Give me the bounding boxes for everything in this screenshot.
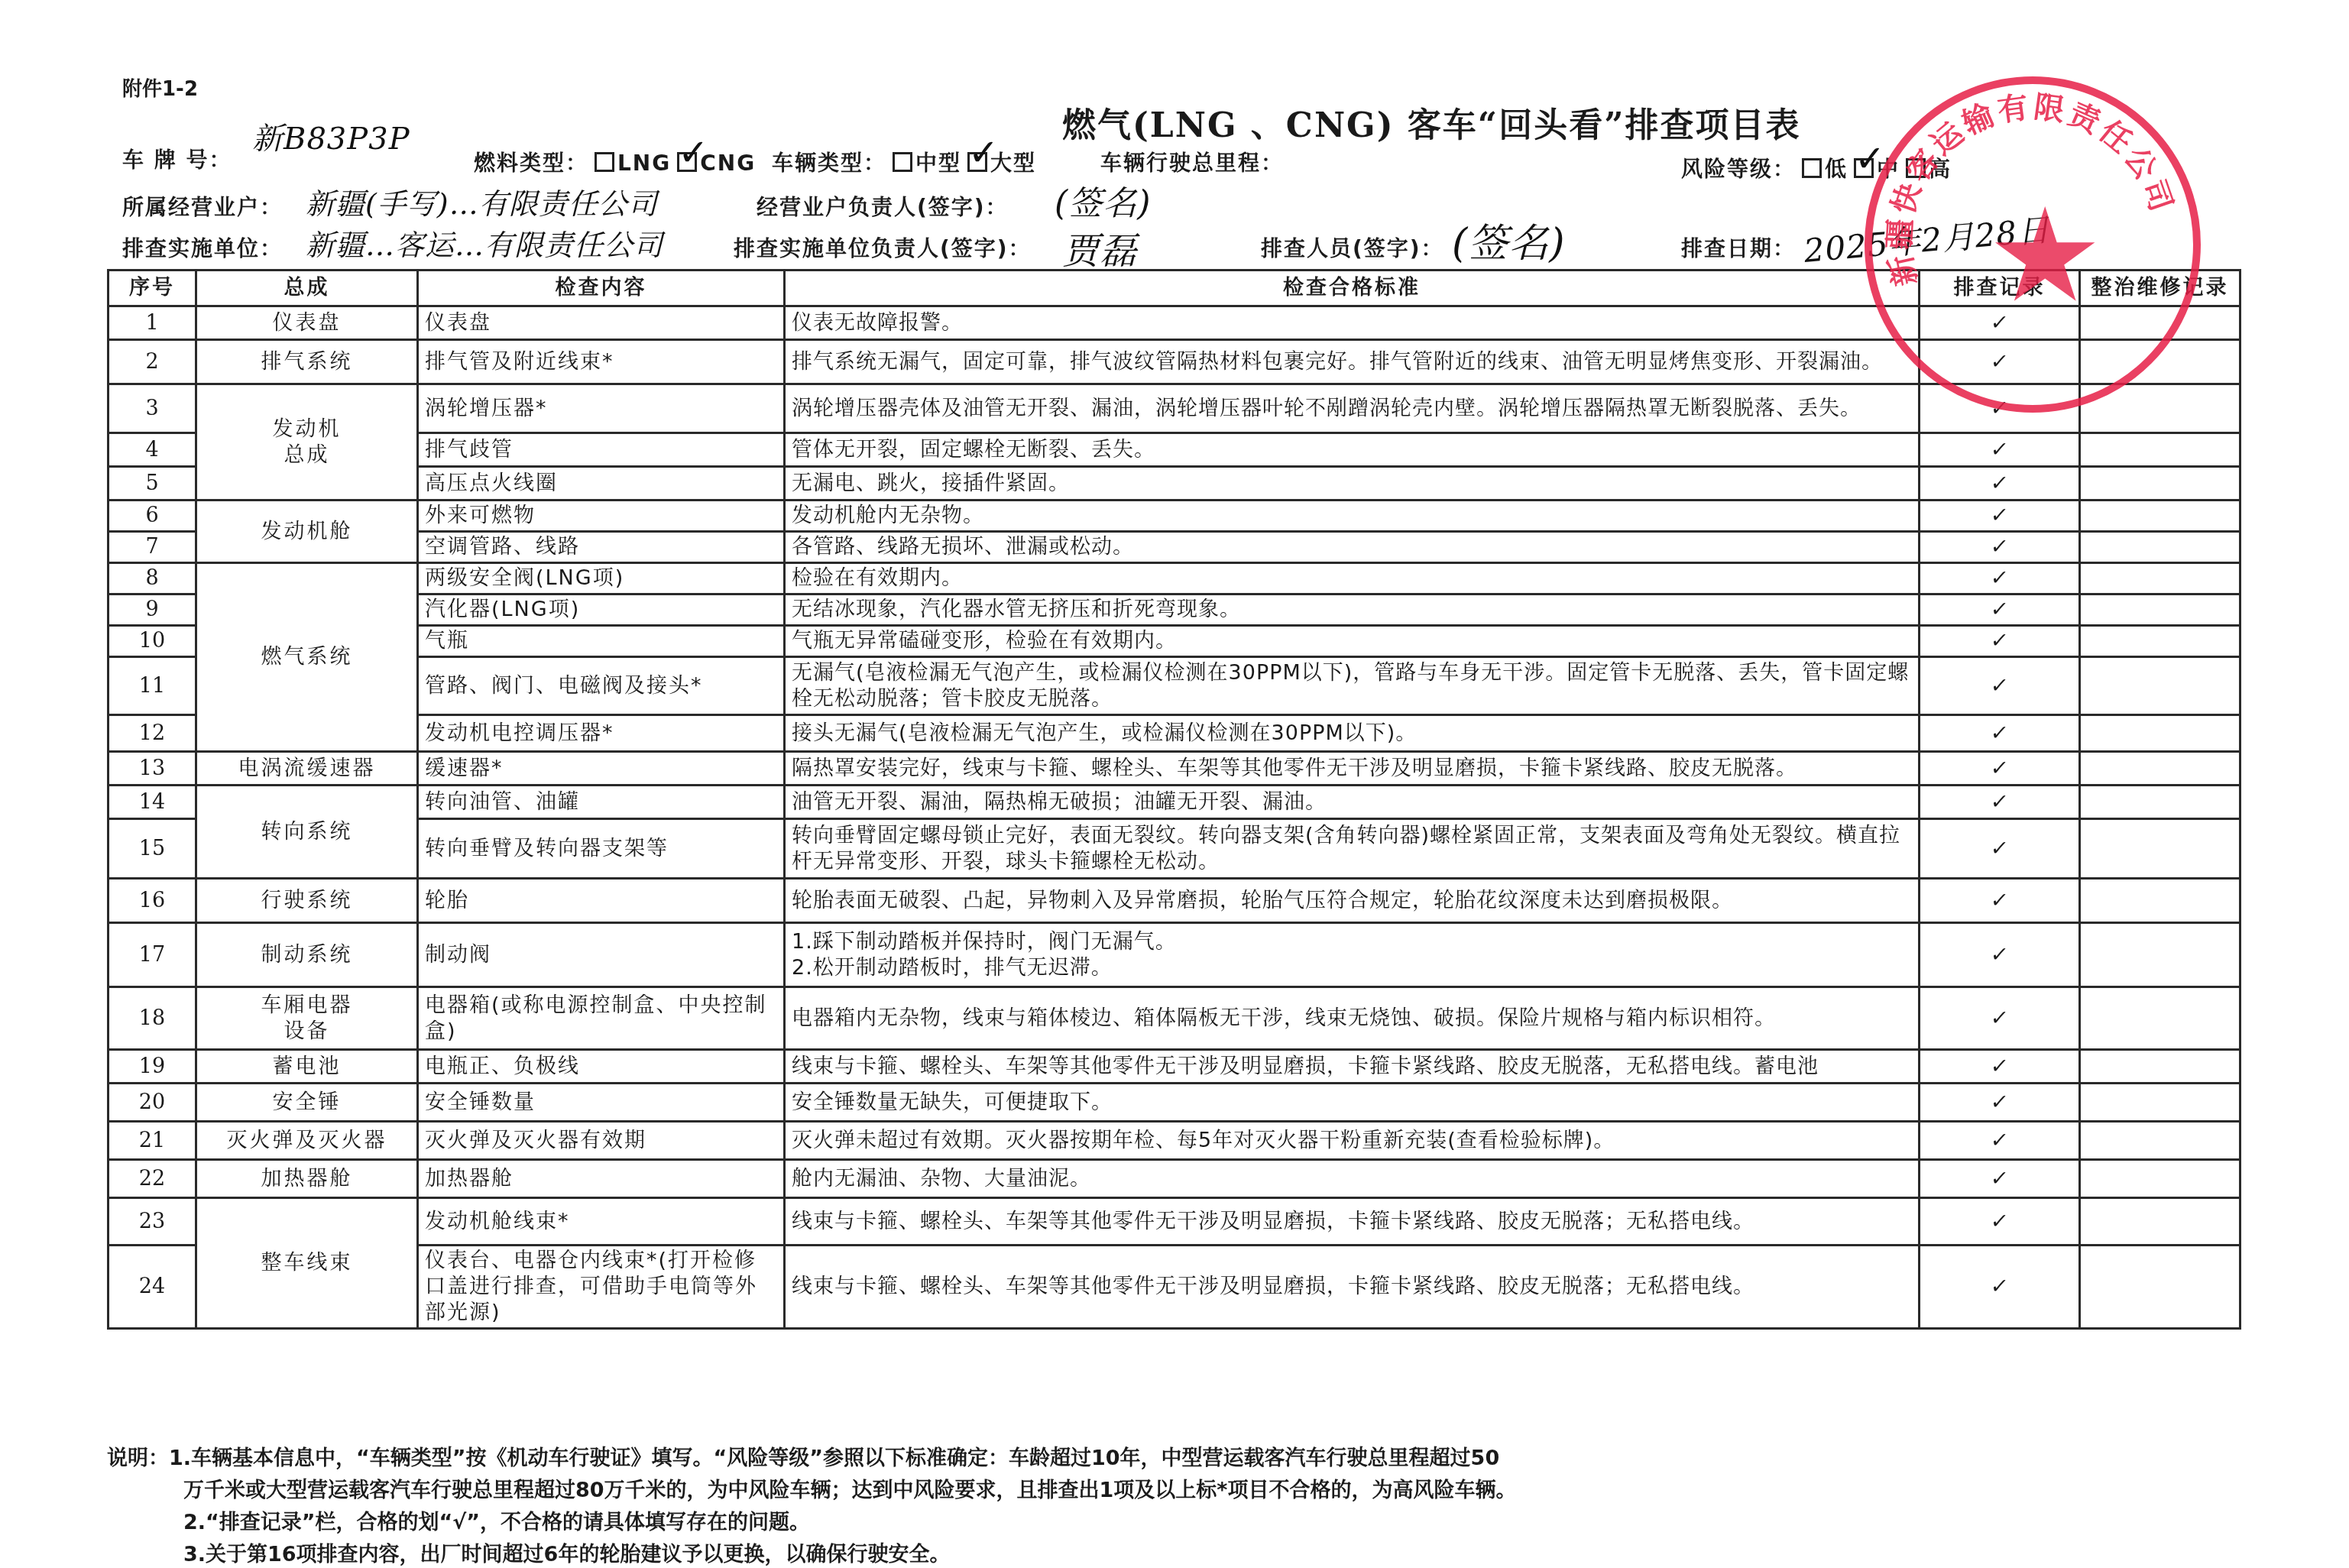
table-row: 12发动机电控调压器*接头无漏气(皂液检漏无气泡产生，或检漏仪检测在30PPM以… (109, 715, 2240, 752)
check-item-cell: 发动机电控调压器* (418, 715, 785, 752)
check-item-cell: 涡轮增压器* (418, 384, 785, 433)
record-cell[interactable]: ✓ (1920, 563, 2080, 594)
table-row: 5高压点火线圈无漏电、跳火，接插件紧固。✓ (109, 467, 2240, 501)
record-cell[interactable]: ✓ (1920, 819, 2080, 879)
notes-section: 说明：1.车辆基本信息中，“车辆类型”按《机动车行驶证》填写。“风险等级”参照以… (107, 1443, 1865, 1568)
row-number: 3 (109, 384, 196, 433)
repair-record-cell[interactable] (2080, 752, 2240, 786)
standard-cell: 排气系统无漏气，固定可靠，排气波纹管隔热材料包裹完好。排气管附近的线束、油管无明… (785, 340, 1920, 384)
checkmark-icon: ✓ (1989, 1006, 2010, 1032)
table-row: 23整车线束发动机舱线束*线束与卡箍、螺栓头、车架等其他零件无干涉及明显磨损，卡… (109, 1198, 2240, 1246)
standard-cell: 检验在有效期内。 (785, 563, 1920, 594)
record-cell[interactable]: ✓ (1920, 1084, 2080, 1122)
row-number: 13 (109, 752, 196, 786)
table-row: 17制动系统制动阀1.踩下制动踏板并保持时，阀门无漏气。 2.松开制动踏板时，排… (109, 923, 2240, 987)
note-1-cont: 万千米或大型营运载客汽车行驶总里程超过80万千米的，为中风险车辆；达到中风险要求… (107, 1475, 1865, 1507)
check-item-cell: 外来可燃物 (418, 501, 785, 532)
checkmark-icon: ✓ (1989, 310, 2010, 336)
operator-field[interactable]: 新疆(手写)…有限责任公司 (306, 180, 658, 222)
table-row: 11管路、阀门、电磁阀及接头*无漏气(皂液检漏无气泡产生，或检漏仪检测在30PP… (109, 657, 2240, 715)
row-number: 2 (109, 340, 196, 384)
col-header-no: 序号 (109, 271, 196, 306)
table-row: 9汽化器(LNG项)无结冰现象，汽化器水管无挤压和折死弯现象。✓ (109, 594, 2240, 626)
note-3: 3.关于第16项排查内容，出厂时间超过6年的轮胎建议予以更换，以确保行驶安全。 (107, 1539, 1865, 1568)
check-item-cell: 仪表台、电器仓内线束*(打开检修口盖进行排查，可借助手电筒等外部光源) (418, 1246, 785, 1329)
assembly-cell: 燃气系统 (196, 563, 418, 752)
standard-cell: 舱内无漏油、杂物、大量油泥。 (785, 1160, 1920, 1198)
record-cell[interactable]: ✓ (1920, 384, 2080, 433)
table-row: 19蓄电池电瓶正、负极线线束与卡箍、螺栓头、车架等其他零件无干涉及明显磨损，卡箍… (109, 1050, 2240, 1084)
table-row: 24仪表台、电器仓内线束*(打开检修口盖进行排查，可借助手电筒等外部光源)线束与… (109, 1246, 2240, 1329)
repair-record-cell[interactable] (2080, 384, 2240, 433)
standard-cell: 管体无开裂，固定螺栓无断裂、丢失。 (785, 433, 1920, 467)
attachment-label: 附件1-2 (122, 73, 198, 102)
repair-record-cell[interactable] (2080, 1084, 2240, 1122)
unit-label: 排查实施单位： (122, 232, 283, 263)
record-cell[interactable]: ✓ (1920, 1198, 2080, 1246)
record-cell[interactable]: ✓ (1920, 594, 2080, 626)
row-number: 17 (109, 923, 196, 987)
table-row: 8燃气系统两级安全阀(LNG项)检验在有效期内。✓ (109, 563, 2240, 594)
repair-record-cell[interactable] (2080, 340, 2240, 384)
assembly-cell: 灭火弹及灭火器 (196, 1122, 418, 1160)
risk-high-option: 高 (1929, 157, 1952, 182)
checkmark-icon: ✓ (1989, 1274, 2010, 1300)
table-row: 18车厢电器 设备电器箱(或称电源控制盒、中央控制盒)电器箱内无杂物，线束与箱体… (109, 987, 2240, 1050)
check-item-cell: 制动阀 (418, 923, 785, 987)
table-row: 14转向系统转向油管、油罐油管无开裂、漏油，隔热棉无破损；油罐无开裂、漏油。✓ (109, 786, 2240, 819)
check-item-cell: 排气管及附近线束* (418, 340, 785, 384)
assembly-cell: 排气系统 (196, 340, 418, 384)
checkmark-icon: ✓ (1989, 503, 2010, 529)
assembly-cell: 电涡流缓速器 (196, 752, 418, 786)
checkmark-icon: ✓ (1989, 1209, 2010, 1235)
check-item-cell: 汽化器(LNG项) (418, 594, 785, 626)
assembly-cell: 加热器舱 (196, 1160, 418, 1198)
repair-record-cell[interactable] (2080, 786, 2240, 819)
row-number: 4 (109, 433, 196, 467)
check-item-cell: 仪表盘 (418, 306, 785, 340)
checkmark-icon: ✓ (1989, 471, 2010, 497)
repair-record-cell[interactable] (2080, 1160, 2240, 1198)
checkmark-icon: ✓ (1989, 1054, 2010, 1080)
check-item-cell: 转向油管、油罐 (418, 786, 785, 819)
repair-record-cell[interactable] (2080, 1050, 2240, 1084)
record-cell[interactable]: ✓ (1920, 532, 2080, 563)
standard-cell: 无漏电、跳火，接插件紧固。 (785, 467, 1920, 501)
standard-cell: 仪表无故障报警。 (785, 306, 1920, 340)
col-header-standard: 检查合格标准 (785, 271, 1920, 306)
table-row: 16行驶系统轮胎轮胎表面无破裂、凸起，异物刺入及异常磨损，轮胎气压符合规定，轮胎… (109, 879, 2240, 923)
checkmark-icon: ✓ (1989, 942, 2010, 968)
assembly-cell: 转向系统 (196, 786, 418, 879)
type-large-checkbox[interactable] (967, 152, 987, 172)
repair-record-cell[interactable] (2080, 433, 2240, 467)
type-medium-checkbox[interactable] (893, 152, 912, 172)
repair-record-cell[interactable] (2080, 657, 2240, 715)
standard-cell: 转向垂臂固定螺母锁止完好，表面无裂纹。转向器支架(含角转向器)螺栓紧固正常，支架… (785, 819, 1920, 879)
row-number: 15 (109, 819, 196, 879)
repair-record-cell[interactable] (2080, 879, 2240, 923)
unit-head-signature[interactable]: 贾磊 (1062, 222, 1137, 274)
row-number: 14 (109, 786, 196, 819)
table-row: 22加热器舱加热器舱舱内无漏油、杂物、大量油泥。✓ (109, 1160, 2240, 1198)
table-row: 6发动机舱外来可燃物发动机舱内无杂物。✓ (109, 501, 2240, 532)
table-row: 20安全锤安全锤数量安全锤数量无缺失，可便捷取下。✓ (109, 1084, 2240, 1122)
record-cell[interactable]: ✓ (1920, 340, 2080, 384)
risk-low-option: 低 (1825, 157, 1848, 182)
record-cell[interactable]: ✓ (1920, 1050, 2080, 1084)
unit-head-label: 排查实施单位负责人(签字)： (734, 232, 1032, 263)
record-cell[interactable]: ✓ (1920, 626, 2080, 657)
record-cell[interactable]: ✓ (1920, 987, 2080, 1050)
repair-record-cell[interactable] (2080, 1246, 2240, 1329)
fuel-cng-checkbox[interactable] (677, 152, 697, 172)
checkmark-icon: ✓ (1989, 721, 2010, 747)
repair-record-cell[interactable] (2080, 532, 2240, 563)
fuel-lng-checkbox[interactable] (595, 152, 614, 172)
check-item-cell: 电器箱(或称电源控制盒、中央控制盒) (418, 987, 785, 1050)
table-row: 1仪表盘仪表盘仪表无故障报警。✓ (109, 306, 2240, 340)
col-header-item: 检查内容 (418, 271, 785, 306)
page-title: 燃气(LNG 、CNG) 客车“回头看”排查项目表 (1062, 98, 1800, 147)
checkmark-icon: ✓ (1989, 349, 2010, 375)
standard-cell: 线束与卡箍、螺栓头、车架等其他零件无干涉及明显磨损，卡箍卡紧线路、胶皮无脱落，无… (785, 1050, 1920, 1084)
repair-record-cell[interactable] (2080, 987, 2240, 1050)
vehicle-type-field: 车辆类型：中型大型 (772, 147, 1036, 177)
record-cell[interactable]: ✓ (1920, 467, 2080, 501)
record-cell[interactable]: ✓ (1920, 306, 2080, 340)
row-number: 11 (109, 657, 196, 715)
assembly-cell: 制动系统 (196, 923, 418, 987)
standard-cell: 发动机舱内无杂物。 (785, 501, 1920, 532)
check-item-cell: 空调管路、线路 (418, 532, 785, 563)
repair-record-cell[interactable] (2080, 501, 2240, 532)
standard-cell: 隔热罩安装完好，线束与卡箍、螺栓头、车架等其他零件无干涉及明显磨损，卡箍卡紧线路… (785, 752, 1920, 786)
date-field[interactable]: 2025年2月28日 (1802, 205, 2052, 272)
row-number: 9 (109, 594, 196, 626)
risk-high-checkbox[interactable] (1906, 158, 1926, 178)
plate-label: 车 牌 号： (122, 144, 232, 174)
record-cell[interactable]: ✓ (1920, 715, 2080, 752)
inspector-signature[interactable]: (签名) (1452, 211, 1566, 268)
standard-cell: 油管无开裂、漏油，隔热棉无破损；油罐无开裂、漏油。 (785, 786, 1920, 819)
checkmark-icon: ✓ (1989, 628, 2010, 654)
repair-record-cell[interactable] (2080, 467, 2240, 501)
row-number: 24 (109, 1246, 196, 1329)
check-item-cell: 管路、阀门、电磁阀及接头* (418, 657, 785, 715)
checkmark-icon: ✓ (1989, 1090, 2010, 1116)
fuel-type-field: 燃料类型：LNGCNG (474, 147, 756, 177)
check-item-cell: 高压点火线圈 (418, 467, 785, 501)
record-cell[interactable]: ✓ (1920, 786, 2080, 819)
risk-medium-checkbox[interactable] (1854, 158, 1874, 178)
assembly-cell: 仪表盘 (196, 306, 418, 340)
standard-cell: 灭火弹未超过有效期。灭火器按期年检、每5年对灭火器干粉重新充装(查看检验标牌)。 (785, 1122, 1920, 1160)
repair-record-cell[interactable] (2080, 306, 2240, 340)
checkmark-icon: ✓ (1989, 534, 2010, 560)
checkmark-icon: ✓ (1989, 836, 2010, 862)
vehicle-type-label: 车辆类型： (772, 151, 886, 176)
fuel-type-label: 燃料类型： (474, 151, 588, 176)
repair-record-cell[interactable] (2080, 626, 2240, 657)
inspector-label: 排查人员(签字)： (1261, 232, 1444, 263)
check-item-cell: 缓速器* (418, 752, 785, 786)
record-cell[interactable]: ✓ (1920, 879, 2080, 923)
repair-record-cell[interactable] (2080, 715, 2240, 752)
standard-cell: 安全锤数量无缺失，可便捷取下。 (785, 1084, 1920, 1122)
check-item-cell: 加热器舱 (418, 1160, 785, 1198)
checkmark-icon: ✓ (1989, 597, 2010, 623)
note-1: 1.车辆基本信息中，“车辆类型”按《机动车行驶证》填写。“风险等级”参照以下标准… (169, 1447, 1499, 1470)
check-item-cell: 电瓶正、负极线 (418, 1050, 785, 1084)
standard-cell: 轮胎表面无破裂、凸起，异物刺入及异常磨损，轮胎气压符合规定，轮胎花纹深度未达到磨… (785, 879, 1920, 923)
row-number: 6 (109, 501, 196, 532)
checkmark-icon: ✓ (1989, 756, 2010, 782)
row-number: 12 (109, 715, 196, 752)
record-cell[interactable]: ✓ (1920, 433, 2080, 467)
type-medium-option: 中型 (915, 151, 961, 176)
repair-record-cell[interactable] (2080, 819, 2240, 879)
date-label: 排查日期： (1681, 232, 1796, 263)
check-item-cell: 转向垂臂及转向器支架等 (418, 819, 785, 879)
repair-record-cell[interactable] (2080, 563, 2240, 594)
note-2: 2.“排查记录”栏，合格的划“√”，不合格的请具体填写存在的问题。 (107, 1507, 1865, 1539)
row-number: 16 (109, 879, 196, 923)
standard-cell: 电器箱内无杂物，线束与箱体棱边、箱体隔板无干涉，线束无烧蚀、破损。保险片规格与箱… (785, 987, 1920, 1050)
repair-record-cell[interactable] (2080, 1122, 2240, 1160)
table-row: 21灭火弹及灭火器灭火弹及灭火器有效期灭火弹未超过有效期。灭火器按期年检、每5年… (109, 1122, 2240, 1160)
notes-prefix: 说明： (107, 1447, 169, 1470)
checkmark-icon: ✓ (1989, 565, 2010, 591)
row-number: 20 (109, 1084, 196, 1122)
standard-cell: 接头无漏气(皂液检漏无气泡产生，或检漏仪检测在30PPM以下)。 (785, 715, 1920, 752)
checkmark-icon: ✓ (1989, 1166, 2010, 1192)
check-item-cell: 灭火弹及灭火器有效期 (418, 1122, 785, 1160)
assembly-cell: 发动机舱 (196, 501, 418, 563)
standard-cell: 无结冰现象，汽化器水管无挤压和折死弯现象。 (785, 594, 1920, 626)
table-header-row: 序号 总成 检查内容 检查合格标准 排查记录 整治维修记录 (109, 271, 2240, 306)
checkmark-icon: ✓ (1989, 673, 2010, 699)
risk-low-checkbox[interactable] (1802, 158, 1822, 178)
table-row: 3发动机 总成涡轮增压器*涡轮增压器壳体及油管无开裂、漏油，涡轮增压器叶轮不剐蹭… (109, 384, 2240, 433)
row-number: 7 (109, 532, 196, 563)
table-row: 2排气系统排气管及附近线束*排气系统无漏气，固定可靠，排气波纹管隔热材料包裹完好… (109, 340, 2240, 384)
assembly-cell: 发动机 总成 (196, 384, 418, 501)
repair-record-cell[interactable] (2080, 1198, 2240, 1246)
standard-cell: 1.踩下制动踏板并保持时，阀门无漏气。 2.松开制动踏板时，排气无迟滞。 (785, 923, 1920, 987)
table-row: 4排气歧管管体无开裂，固定螺栓无断裂、丢失。✓ (109, 433, 2240, 467)
inspection-table: 序号 总成 检查内容 检查合格标准 排查记录 整治维修记录 1仪表盘仪表盘仪表无… (107, 269, 2241, 1330)
checkmark-icon: ✓ (1989, 437, 2010, 463)
checkmark-icon: ✓ (1989, 1128, 2010, 1154)
table-row: 7空调管路、线路各管路、线路无损坏、泄漏或松动。✓ (109, 532, 2240, 563)
table-row: 15转向垂臂及转向器支架等转向垂臂固定螺母锁止完好，表面无裂纹。转向器支架(含角… (109, 819, 2240, 879)
risk-level-label: 风险等级： (1681, 157, 1796, 182)
record-cell[interactable]: ✓ (1920, 923, 2080, 987)
operator-head-signature[interactable]: (签名) (1055, 176, 1151, 225)
fuel-lng-option: LNG (617, 151, 671, 176)
check-item-cell: 安全锤数量 (418, 1084, 785, 1122)
standard-cell: 线束与卡箍、螺栓头、车架等其他零件无干涉及明显磨损，卡箍卡紧线路、胶皮无脱落；无… (785, 1246, 1920, 1329)
check-item-cell: 轮胎 (418, 879, 785, 923)
checkmark-icon: ✓ (1989, 396, 2010, 422)
row-number: 21 (109, 1122, 196, 1160)
record-cell[interactable]: ✓ (1920, 1122, 2080, 1160)
standard-cell: 各管路、线路无损坏、泄漏或松动。 (785, 532, 1920, 563)
assembly-cell: 整车线束 (196, 1198, 418, 1329)
operator-head-label: 经营业户负责人(签字)： (757, 191, 1009, 222)
row-number: 5 (109, 467, 196, 501)
row-number: 22 (109, 1160, 196, 1198)
standard-cell: 气瓶无异常磕碰变形，检验在有效期内。 (785, 626, 1920, 657)
row-number: 1 (109, 306, 196, 340)
col-header-record: 排查记录 (1920, 271, 2080, 306)
row-number: 10 (109, 626, 196, 657)
row-number: 8 (109, 563, 196, 594)
assembly-cell: 车厢电器 设备 (196, 987, 418, 1050)
repair-record-cell[interactable] (2080, 594, 2240, 626)
row-number: 18 (109, 987, 196, 1050)
check-item-cell: 发动机舱线束* (418, 1198, 785, 1246)
check-item-cell: 两级安全阀(LNG项) (418, 563, 785, 594)
operator-label: 所属经营业户： (122, 191, 283, 222)
col-header-assembly: 总成 (196, 271, 418, 306)
standard-cell: 无漏气(皂液检漏无气泡产生，或检漏仪检测在30PPM以下)，管路与车身无干涉。固… (785, 657, 1920, 715)
record-cell[interactable]: ✓ (1920, 752, 2080, 786)
table-row: 13电涡流缓速器缓速器*隔热罩安装完好，线束与卡箍、螺栓头、车架等其他零件无干涉… (109, 752, 2240, 786)
mileage-field[interactable] (1314, 147, 1635, 173)
assembly-cell: 蓄电池 (196, 1050, 418, 1084)
standard-cell: 涡轮增压器壳体及油管无开裂、漏油，涡轮增压器叶轮不剐蹭涡轮壳内壁。涡轮增压器隔热… (785, 384, 1920, 433)
check-item-cell: 排气歧管 (418, 433, 785, 467)
unit-field[interactable]: 新疆…客运…有限责任公司 (306, 222, 663, 264)
repair-record-cell[interactable] (2080, 923, 2240, 987)
checkmark-icon: ✓ (1989, 888, 2010, 914)
plate-field[interactable]: 新B83P3P (252, 115, 410, 158)
record-cell[interactable]: ✓ (1920, 1246, 2080, 1329)
row-number: 23 (109, 1198, 196, 1246)
table-row: 10气瓶气瓶无异常磕碰变形，检验在有效期内。✓ (109, 626, 2240, 657)
record-cell[interactable]: ✓ (1920, 657, 2080, 715)
standard-cell: 线束与卡箍、螺栓头、车架等其他零件无干涉及明显磨损，卡箍卡紧线路、胶皮无脱落；无… (785, 1198, 1920, 1246)
record-cell[interactable]: ✓ (1920, 501, 2080, 532)
record-cell[interactable]: ✓ (1920, 1160, 2080, 1198)
mileage-label: 车辆行驶总里程： (1100, 147, 1284, 177)
col-header-fix: 整治维修记录 (2080, 271, 2240, 306)
risk-level-field: 风险等级：低中高 (1681, 153, 1952, 183)
assembly-cell: 安全锤 (196, 1084, 418, 1122)
check-item-cell: 气瓶 (418, 626, 785, 657)
row-number: 19 (109, 1050, 196, 1084)
checkmark-icon: ✓ (1989, 789, 2010, 815)
assembly-cell: 行驶系统 (196, 879, 418, 923)
